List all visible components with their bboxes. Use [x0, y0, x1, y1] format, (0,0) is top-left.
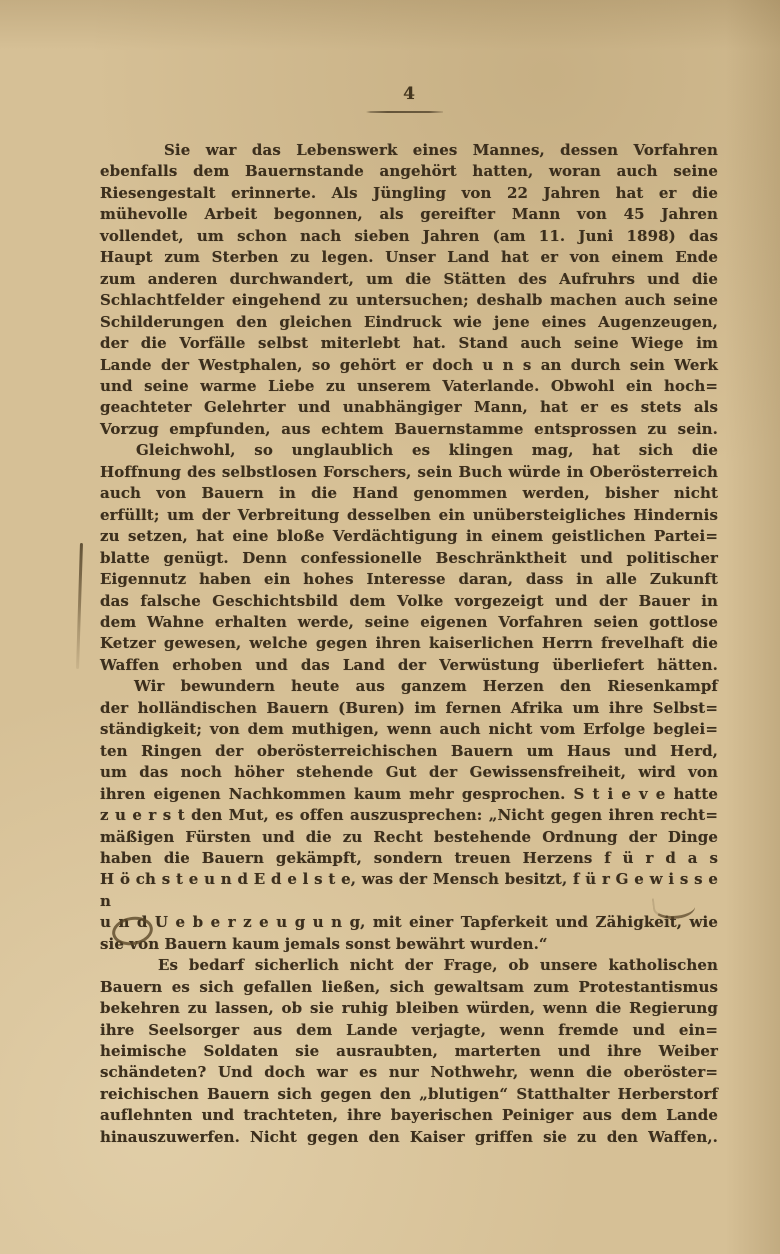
text-line: der holländischen Bauern (Buren) im fern…: [100, 698, 718, 719]
text-line: hinauszuwerfen. Nicht gegen den Kaiser g…: [100, 1127, 718, 1148]
text-line: bekehren zu lassen, ob sie ruhig bleiben…: [100, 998, 718, 1019]
text-line: blatte genügt. Denn confessionelle Besch…: [100, 548, 718, 569]
text-line: Haupt zum Sterben zu legen. Unser Land h…: [100, 247, 718, 268]
text-line: der die Vorfälle selbst miterlebt hat. S…: [100, 333, 718, 354]
text-line: mühevolle Arbeit begonnen, als gereifter…: [100, 204, 718, 225]
text-line: Eigennutz haben ein hohes Interesse dara…: [100, 569, 718, 590]
text-line: dem Wahne erhalten werde, seine eigenen …: [100, 612, 718, 633]
text-line: u n d U e b e r z e u g u n g, mit einer…: [100, 912, 718, 933]
page-number: 4: [100, 84, 718, 104]
text-line: Es bedarf sicherlich nicht der Frage, ob…: [100, 955, 718, 976]
margin-stroke-mark: [76, 543, 83, 669]
text-line: geachteter Gelehrter und unabhängiger Ma…: [100, 397, 718, 418]
paragraph: Sie war das Lebenswerk eines Mannes, des…: [100, 140, 718, 440]
text-line: Waffen erhoben und das Land der Verwüstu…: [100, 655, 718, 676]
text-line: Hoffnung des selbstlosen Forschers, sein…: [100, 462, 718, 483]
book-page: 4 Sie war das Lebenswerk eines Mannes, d…: [0, 0, 780, 1254]
text-line: Bauern es sich gefallen ließen, sich gew…: [100, 977, 718, 998]
text-line: das falsche Geschichtsbild dem Volke vor…: [100, 591, 718, 612]
text-line: um das noch höher stehende Gut der Gewis…: [100, 762, 718, 783]
text-line: ständigkeit; von dem muthigen, wenn auch…: [100, 719, 718, 740]
text-line: z u e r s t den Mut, es offen auszusprec…: [100, 805, 718, 826]
text-line: zu setzen, hat eine bloße Verdächtigung …: [100, 526, 718, 547]
text-line: zum anderen durchwandert, um die Stätten…: [100, 269, 718, 290]
text-line: mäßigen Fürsten und die zu Recht bestehe…: [100, 827, 718, 848]
text-line: schändeten? Und doch war es nur Nothwehr…: [100, 1062, 718, 1083]
text-line: ten Ringen der oberösterreichischen Baue…: [100, 741, 718, 762]
text-line: Lande der Westphalen, so gehört er doch …: [100, 355, 718, 376]
text-line: Gleichwohl, so unglaublich es klingen ma…: [100, 440, 718, 461]
text-line: Riesengestalt erinnerte. Als Jüngling vo…: [100, 183, 718, 204]
text-line: ihre Seelsorger aus dem Lande verjagte, …: [100, 1020, 718, 1041]
text-line: sie von Bauern kaum jemals sonst bewährt…: [100, 934, 718, 955]
text-line: auflehnten und trachteten, ihre bayerisc…: [100, 1105, 718, 1126]
page-number-rule: [366, 111, 443, 113]
text-line: vollendet, um schon nach sieben Jahren (…: [100, 226, 718, 247]
text-line: Vorzug empfunden, aus echtem Bauernstamm…: [100, 419, 718, 440]
text-line: ihren eigenen Nachkommen kaum mehr gespr…: [100, 784, 718, 805]
text-line: heimische Soldaten sie ausraubten, marte…: [100, 1041, 718, 1062]
text-line: erfüllt; um der Verbreitung desselben ei…: [100, 505, 718, 526]
text-line: Wir bewundern heute aus ganzem Herzen de…: [100, 676, 718, 697]
text-line: Sie war das Lebenswerk eines Mannes, des…: [100, 140, 718, 161]
text-line: ebenfalls dem Bauernstande angehört hatt…: [100, 161, 718, 182]
text-line: und seine warme Liebe zu unserem Vaterla…: [100, 376, 718, 397]
paragraph: Wir bewundern heute aus ganzem Herzen de…: [100, 676, 718, 955]
text-line: haben die Bauern gekämpft, sondern treue…: [100, 848, 718, 869]
paragraph: Es bedarf sicherlich nicht der Frage, ob…: [100, 955, 718, 1148]
text-line: H ö ch s t e u n d E d e l s t e, was de…: [100, 869, 718, 912]
text-line: Schilderungen den gleichen Eindruck wie …: [100, 312, 718, 333]
text-line: Ketzer gewesen, welche gegen ihren kaise…: [100, 633, 718, 654]
text-line: Schlachtfelder eingehend zu untersuchen;…: [100, 290, 718, 311]
text-block: Sie war das Lebenswerk eines Mannes, des…: [100, 140, 718, 1148]
text-line: auch von Bauern in die Hand genommen wer…: [100, 483, 718, 504]
text-line: reichischen Bauern sich gegen den „bluti…: [100, 1084, 718, 1105]
paragraph: Gleichwohl, so unglaublich es klingen ma…: [100, 440, 718, 676]
